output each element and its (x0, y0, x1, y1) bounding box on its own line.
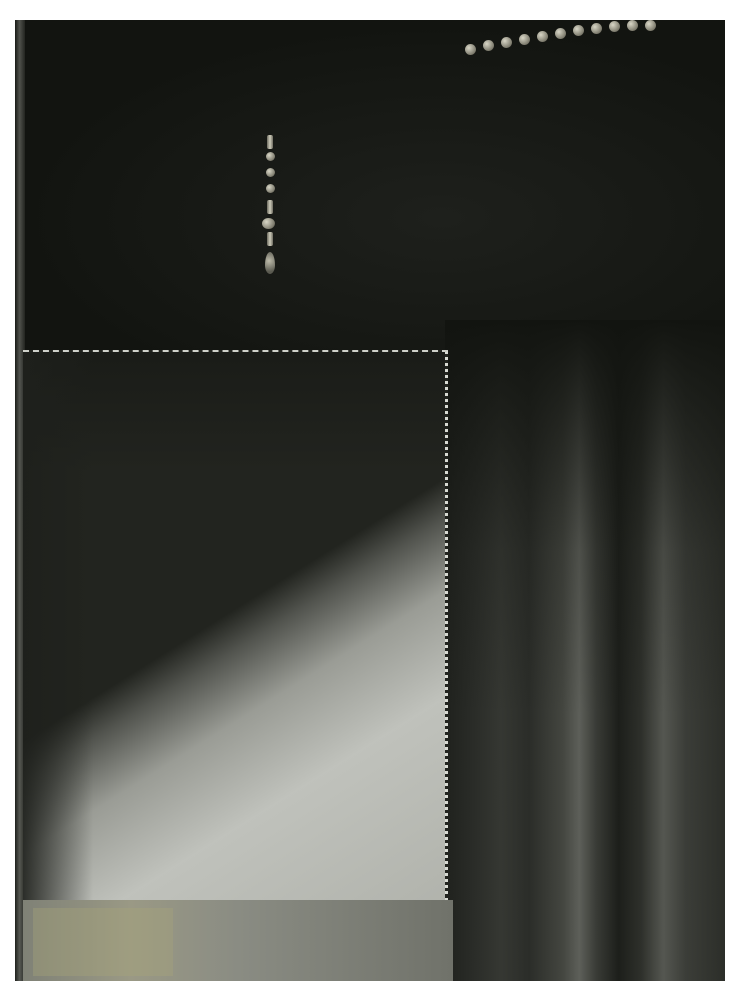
panel-shadow-left (23, 352, 93, 900)
top-beads (455, 20, 655, 60)
weathered-patch (33, 908, 173, 976)
framed-panel (23, 350, 448, 902)
curtain-shade (445, 320, 725, 981)
upper-wall (15, 20, 725, 350)
photograph (15, 20, 725, 981)
hanging-beads (264, 120, 276, 340)
bottom-strip (23, 900, 453, 981)
